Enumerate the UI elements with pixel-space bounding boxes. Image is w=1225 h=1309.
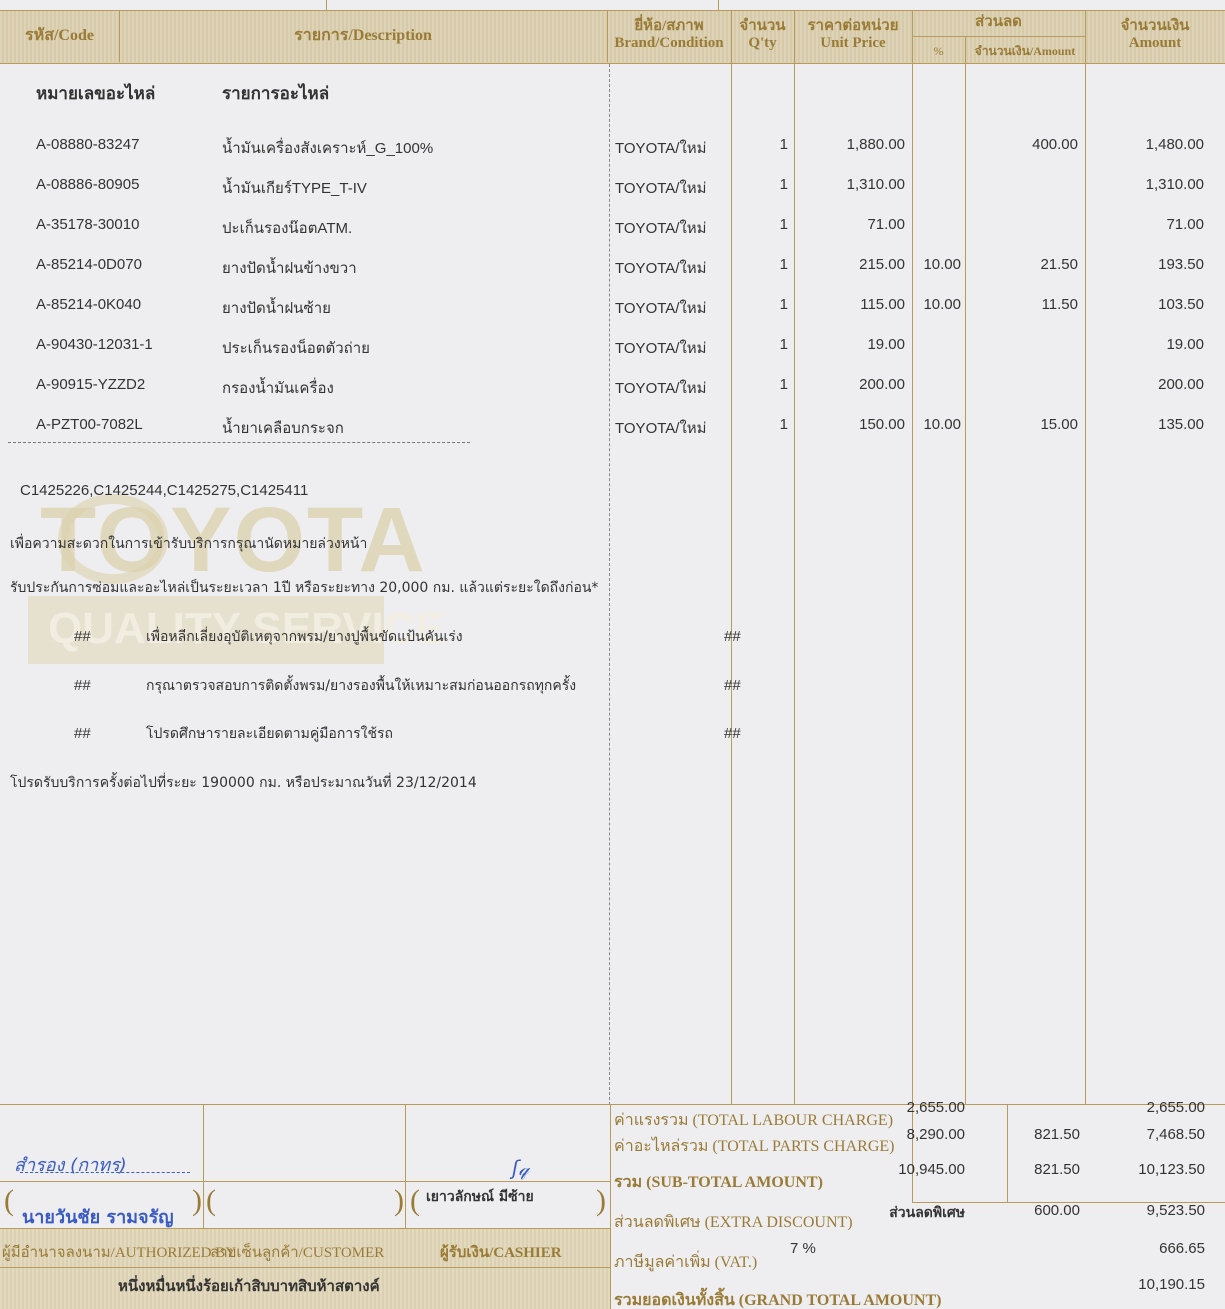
reference-codes: C1425226,C1425244,C1425275,C1425411 <box>20 482 308 499</box>
table-row: A-08886-80905น้ำมันเกียร์TYPE_T-IVTOYOTA… <box>0 164 1225 204</box>
bullet-end-marker: ## <box>724 677 741 694</box>
extra-discount-label: ส่วนลดพิเศษ (EXTRA DISCOUNT) <box>614 1210 853 1235</box>
part-discount-pct: 10.00 <box>915 296 961 313</box>
top-box-divider <box>326 0 327 10</box>
bullet-end-marker: ## <box>724 628 741 645</box>
part-brand: TOYOTA/ใหม่ <box>615 256 707 280</box>
table-row: A-85214-0K040ยางปัดน้ำฝนซ้ายTOYOTA/ใหม่1… <box>0 284 1225 324</box>
part-brand: TOYOTA/ใหม่ <box>615 176 707 200</box>
items-separator <box>8 442 470 443</box>
part-unit-price: 1,880.00 <box>800 136 905 153</box>
labour-net: 2,655.00 <box>1090 1099 1205 1116</box>
paren-close: ) <box>192 1184 202 1218</box>
header-brand-en: Brand/Condition <box>607 35 731 52</box>
part-discount-amount: 15.00 <box>970 416 1078 433</box>
part-discount-amount: 11.50 <box>970 296 1078 313</box>
header-description: รายการ/Description <box>119 27 607 44</box>
header-unit-th: ราคาต่อหน่วย <box>794 18 912 35</box>
part-amount: 193.50 <box>1090 256 1204 273</box>
part-unit-price: 215.00 <box>800 256 905 273</box>
part-unit-price: 150.00 <box>800 416 905 433</box>
cashier-name: เยาวลักษณ์ มีซ้าย <box>426 1186 534 1208</box>
header-qty-en: Q'ty <box>731 35 794 52</box>
subtotal-net: 10,123.50 <box>1090 1161 1205 1178</box>
part-unit-price: 1,310.00 <box>800 176 905 193</box>
part-amount: 1,480.00 <box>1090 136 1204 153</box>
parts-discount: 821.50 <box>980 1126 1080 1143</box>
parts-gross: 8,290.00 <box>860 1126 965 1143</box>
part-discount-amount: 21.50 <box>970 256 1078 273</box>
paren-open: ( <box>206 1184 216 1218</box>
top-box-divider <box>718 0 719 10</box>
bullet-marker: ## <box>74 677 91 694</box>
part-unit-price: 19.00 <box>800 336 905 353</box>
table-row: A-90430-12031-1ประเก็นรองน็อตตัวถ่ายTOYO… <box>0 324 1225 364</box>
sig-divider <box>405 1104 406 1238</box>
signature-line <box>20 1172 190 1173</box>
part-qty: 1 <box>740 176 788 193</box>
section-part-list: รายการอะไหล่ <box>222 80 329 107</box>
table-row: A-85214-0D070ยางปัดน้ำฝนข้างขวาTOYOTA/ให… <box>0 244 1225 284</box>
part-description: น้ำมันเกียร์TYPE_T-IV <box>222 176 367 200</box>
part-description: น้ำมันเครื่องสังเคราะห์_G_100% <box>222 136 433 160</box>
part-qty: 1 <box>740 216 788 233</box>
table-row: A-90915-YZZD2กรองน้ำมันเครื่องTOYOTA/ใหม… <box>0 364 1225 404</box>
table-row: A-PZT00-7082Lน้ำยาเคลือบกระจกTOYOTA/ใหม่… <box>0 404 1225 444</box>
part-description: ยางปัดน้ำฝนข้างขวา <box>222 256 357 280</box>
part-description: ประเก็นรองน็อตตัวถ่าย <box>222 336 370 360</box>
subtotal-gross: 10,945.00 <box>860 1161 965 1178</box>
parts-label: ค่าอะไหล่รวม (TOTAL PARTS CHARGE) <box>614 1134 894 1159</box>
header-amount: จำนวนเงิน Amount <box>1085 18 1225 52</box>
part-code: A-90430-12031-1 <box>36 336 153 353</box>
part-brand: TOYOTA/ใหม่ <box>615 216 707 240</box>
header-qty: จำนวน Q'ty <box>731 18 794 52</box>
amount-in-words: หนึ่งหมื่นหนึ่งร้อยเก้าสิบบาทสิบห้าสตางค… <box>118 1274 380 1298</box>
authorized-name: นายวันชัย รามจรัญ <box>22 1202 174 1231</box>
header-discount-amount: จำนวนเงิน/Amount <box>965 43 1085 60</box>
header-qty-th: จำนวน <box>731 18 794 35</box>
part-qty: 1 <box>740 136 788 153</box>
bullet-text: กรุณาตรวจสอบการติดตั้งพรม/ยางรองพื้นให้เ… <box>146 675 576 697</box>
footer-top-line <box>0 1104 1225 1105</box>
part-amount: 200.00 <box>1090 376 1204 393</box>
header-brand-th: ยี่ห้อ/สภาพ <box>607 18 731 35</box>
subtotal-label: รวม (SUB-TOTAL AMOUNT) <box>614 1170 823 1195</box>
part-unit-price: 115.00 <box>800 296 905 313</box>
part-brand: TOYOTA/ใหม่ <box>615 136 707 160</box>
discount-subheader-line <box>912 36 1085 37</box>
parts-net: 7,468.50 <box>1090 1126 1205 1143</box>
extra-discount-tag: ส่วนลดพิเศษ <box>840 1202 965 1224</box>
part-amount: 71.00 <box>1090 216 1204 233</box>
part-qty: 1 <box>740 336 788 353</box>
paren-open: ( <box>4 1184 14 1218</box>
part-amount: 135.00 <box>1090 416 1204 433</box>
part-brand: TOYOTA/ใหม่ <box>615 416 707 440</box>
labour-gross: 2,655.00 <box>860 1099 965 1116</box>
part-brand: TOYOTA/ใหม่ <box>615 376 707 400</box>
part-code: A-08880-83247 <box>36 136 139 153</box>
paren-close: ) <box>394 1184 404 1218</box>
extra-discount-amount: 600.00 <box>980 1202 1080 1219</box>
section-part-number: หมายเลขอะไหล่ <box>36 80 155 107</box>
part-discount-amount: 400.00 <box>970 136 1078 153</box>
header-discount: ส่วนลด <box>912 14 1085 31</box>
part-code: A-PZT00-7082L <box>36 416 143 433</box>
header-discount-pct: % <box>912 43 965 60</box>
vat-rate: 7 % <box>790 1240 850 1257</box>
part-code: A-90915-YZZD2 <box>36 376 145 393</box>
part-description: กรองน้ำมันเครื่อง <box>222 376 334 400</box>
part-discount-pct: 10.00 <box>915 256 961 273</box>
bullet-text: เพื่อหลีกเลี่ยงอุบัติเหตุจากพรม/ยางปูพื้… <box>146 626 463 648</box>
labour-label: ค่าแรงรวม (TOTAL LABOUR CHARGE) <box>614 1108 893 1133</box>
totals-divider <box>912 1104 913 1202</box>
next-service-note: โปรดรับบริการครั้งต่อไปที่ระยะ 190000 กม… <box>10 772 477 794</box>
part-amount: 103.50 <box>1090 296 1204 313</box>
part-code: A-85214-0D070 <box>36 256 142 273</box>
appointment-note: เพื่อความสะดวกในการเข้ารับบริการกรุณานัด… <box>10 533 367 555</box>
authorized-by-label: ผู้มีอำนาจลงนาม/AUTHORIZED BY <box>2 1240 236 1264</box>
part-description: น้ำยาเคลือบกระจก <box>222 416 344 440</box>
customer-label: ลายเซ็นลูกค้า/CUSTOMER <box>210 1240 384 1264</box>
paren-close: ) <box>596 1184 606 1218</box>
authorized-signature: สำรอง (กาทร) <box>14 1150 127 1179</box>
grand-total-label: รวมยอดเงินทั้งสิ้น (GRAND TOTAL AMOUNT) <box>614 1288 941 1309</box>
table-row: A-35178-30010ปะเก็นรองน๊อตATM.TOYOTA/ใหม… <box>0 204 1225 244</box>
part-qty: 1 <box>740 296 788 313</box>
part-code: A-08886-80905 <box>36 176 139 193</box>
table-row: A-08880-83247น้ำมันเครื่องสังเคราะห์_G_1… <box>0 124 1225 164</box>
sig-divider <box>203 1104 204 1238</box>
part-description: ปะเก็นรองน๊อตATM. <box>222 216 352 240</box>
footer-divider <box>610 1104 611 1309</box>
extra-discount-net: 9,523.50 <box>1090 1202 1205 1219</box>
part-qty: 1 <box>740 376 788 393</box>
part-code: A-85214-0K040 <box>36 296 141 313</box>
vat-amount: 666.65 <box>1090 1240 1205 1257</box>
warranty-note: รับประกันการซ่อมและอะไหล่เป็นระยะเวลา 1ป… <box>10 577 598 599</box>
part-unit-price: 200.00 <box>800 376 905 393</box>
bullet-text: โปรดศึกษารายละเอียดตามคู่มือการใช้รถ <box>146 723 393 745</box>
grand-total-amount: 10,190.15 <box>1090 1276 1205 1293</box>
part-qty: 1 <box>740 416 788 433</box>
header-code: รหัส/Code <box>0 27 119 44</box>
part-brand: TOYOTA/ใหม่ <box>615 336 707 360</box>
part-qty: 1 <box>740 256 788 273</box>
part-description: ยางปัดน้ำฝนซ้าย <box>222 296 331 320</box>
paren-open: ( <box>410 1184 420 1218</box>
header-brand: ยี่ห้อ/สภาพ Brand/Condition <box>607 18 731 52</box>
header-unit-en: Unit Price <box>794 35 912 52</box>
header-amount-th: จำนวนเงิน <box>1085 18 1225 35</box>
header-unit-price: ราคาต่อหน่วย Unit Price <box>794 18 912 52</box>
cashier-signature-icon: ʃ𝓆 <box>512 1156 529 1180</box>
bullet-marker: ## <box>74 628 91 645</box>
subtotal-discount: 821.50 <box>980 1161 1080 1178</box>
part-code: A-35178-30010 <box>36 216 139 233</box>
sig-line <box>0 1181 610 1182</box>
part-unit-price: 71.00 <box>800 216 905 233</box>
vat-label: ภาษีมูลค่าเพิ่ม (VAT.) <box>614 1250 757 1275</box>
part-discount-pct: 10.00 <box>915 416 961 433</box>
totals-divider <box>1007 1104 1008 1202</box>
bullet-marker: ## <box>74 725 91 742</box>
cashier-label: ผู้รับเงิน/CASHIER <box>440 1240 562 1264</box>
part-amount: 1,310.00 <box>1090 176 1204 193</box>
bullet-end-marker: ## <box>724 725 741 742</box>
header-amount-en: Amount <box>1085 35 1225 52</box>
part-amount: 19.00 <box>1090 336 1204 353</box>
part-brand: TOYOTA/ใหม่ <box>615 296 707 320</box>
